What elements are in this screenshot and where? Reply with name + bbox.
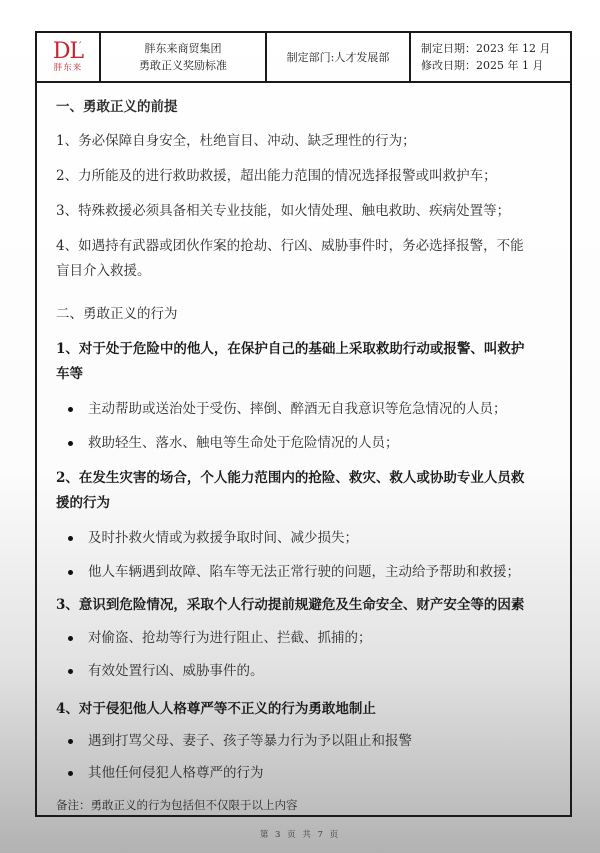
behavior-bullet: 遇到打骂父母、妻子、孩子等暴力行为予以阻止和报警 <box>68 729 412 753</box>
behavior-bullet: 其他任何侵犯人格尊严的行为 <box>68 761 264 785</box>
department-cell: 制定部门:人才发展部 <box>265 33 409 81</box>
behavior-bullet: 对偷盗、抢劫等行为进行阻止、拦截、抓捕的； <box>68 626 372 650</box>
bullet-icon <box>68 536 73 541</box>
bullet-icon <box>68 636 73 641</box>
modified-date: 修改日期：2025 年 1 月 <box>421 57 543 74</box>
bullet-text: 主动帮助或送治处于受伤、摔倒、醉酒无自我意识等危急情况的人员； <box>88 397 507 421</box>
behavior-group-title: 2、在发生灾害的场合，个人能力范围内的抢险、救灾、救人或协助专业人员救 <box>56 466 524 490</box>
behavior-bullet: 救助轻生、落水、触电等生命处于危险情况的人员； <box>68 431 399 455</box>
behavior-group-title-continued: 援的行为 <box>56 491 110 515</box>
company-name: 胖东来商贸集团 <box>145 40 222 57</box>
behavior-bullet: 他人车辆遇到故障、陷车等无法正常行驶的问题，主动给予帮助和救援； <box>68 560 520 584</box>
company-logo: DL ˊ <box>53 41 83 63</box>
bullet-text: 他人车辆遇到故障、陷车等无法正常行驶的问题，主动给予帮助和救援； <box>88 560 520 584</box>
section-heading-2: 二、勇敢正义的行为 <box>56 302 178 326</box>
behavior-group-title: 4、对于侵犯他人人格尊严等不正义的行为勇敢地制止 <box>56 697 376 721</box>
created-date: 制定日期：2023 年 12 月 <box>421 40 550 57</box>
dates-cell: 制定日期：2023 年 12 月 修改日期：2025 年 1 月 <box>409 33 570 81</box>
bullet-text: 及时扑救火情或为救援争取时间、减少损失； <box>88 526 358 550</box>
behavior-group-title: 3、意识到危险情况，采取个人行动提前规避危及生命安全、财产安全等的因素 <box>56 593 524 617</box>
bullet-text: 有效处置行凶、威胁事件的。 <box>88 659 264 683</box>
bullet-text: 其他任何侵犯人格尊严的行为 <box>88 761 264 785</box>
document-frame: DL ˊ 胖东来 胖东来商贸集团 勇敢正义奖励标准 制定部门:人才发展部 制定日… <box>35 31 572 817</box>
section-heading-1: 一、勇敢正义的前提 <box>56 95 178 119</box>
premise-item: 1、务必保障自身安全，杜绝盲目、冲动、缺乏理性的行为； <box>56 129 416 153</box>
bullet-icon <box>68 441 73 446</box>
behavior-bullet: 及时扑救火情或为救援争取时间、减少损失； <box>68 526 358 550</box>
bullet-text: 救助轻生、落水、触电等生命处于危险情况的人员； <box>88 431 399 455</box>
document-title: 勇敢正义奖励标准 <box>139 57 227 74</box>
bullet-icon <box>68 669 73 674</box>
premise-item-continued: 盲目介入救援。 <box>56 259 151 283</box>
logo-accent-icon: ˊ <box>77 37 81 59</box>
premise-item: 4、如遇持有武器或团伙作案的抢劫、行凶、威胁事件时，务必选择报警，不能 <box>56 234 524 258</box>
department: 制定部门:人才发展部 <box>287 49 390 66</box>
logo-name: 胖东来 <box>54 63 83 74</box>
bullet-icon <box>68 771 73 776</box>
bullet-text: 对偷盗、抢劫等行为进行阻止、拦截、抓捕的； <box>88 626 372 650</box>
behavior-bullet: 主动帮助或送治处于受伤、摔倒、醉酒无自我意识等危急情况的人员； <box>68 397 507 421</box>
bullet-icon <box>68 407 73 412</box>
premise-item: 3、特殊救援必须具备相关专业技能，如火情处理、触电救助、疾病处置等； <box>56 199 510 223</box>
behavior-group-title: 1、对于处于危险中的他人，在保护自己的基础上采取救助行动或报警、叫救护 <box>56 337 524 361</box>
behavior-bullet: 有效处置行凶、威胁事件的。 <box>68 659 264 683</box>
behavior-group-title-continued: 车等 <box>56 362 83 386</box>
remark-note: 备注：勇敢正义的行为包括但不仅限于以上内容 <box>56 795 298 815</box>
premise-item: 2、力所能及的进行救助救援，超出能力范围的情况选择报警或叫救护车； <box>56 164 497 188</box>
logo-cell: DL ˊ 胖东来 <box>37 33 99 81</box>
bullet-text: 遇到打骂父母、妻子、孩子等暴力行为予以阻止和报警 <box>88 729 412 753</box>
bullet-icon <box>68 739 73 744</box>
title-cell: 胖东来商贸集团 勇敢正义奖励标准 <box>99 33 265 81</box>
bullet-icon <box>68 570 73 575</box>
document-header: DL ˊ 胖东来 胖东来商贸集团 勇敢正义奖励标准 制定部门:人才发展部 制定日… <box>37 33 570 83</box>
page-number: 第 3 页 共 7 页 <box>0 828 600 840</box>
